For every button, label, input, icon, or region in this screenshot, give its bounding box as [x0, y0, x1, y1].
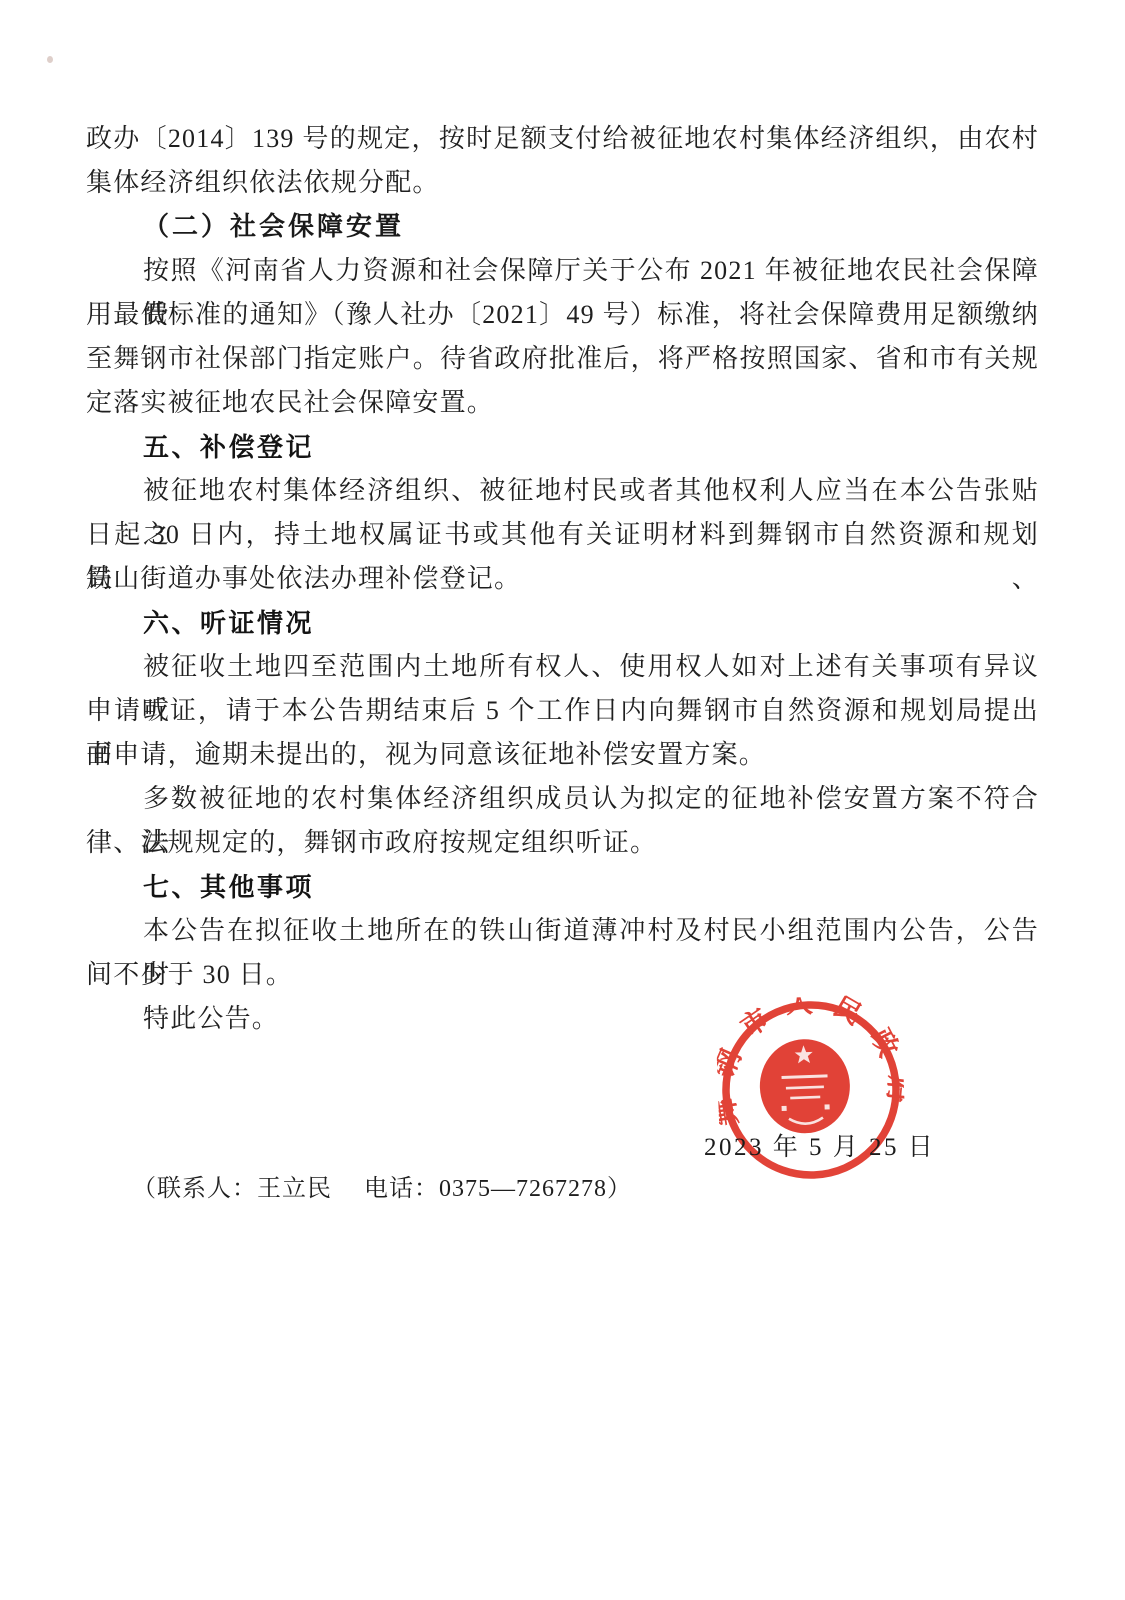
doc-line: 被征地农村集体经济组织、被征地村民或者其他权利人应当在本公告张贴之 — [86, 469, 1039, 513]
doc-line: 按照《河南省人力资源和社会保障厅关于公布 2021 年被征地农民社会保障费 — [86, 249, 1039, 293]
notice-document-page: 政办〔2014〕139 号的规定，按时足额支付给被征地农村集体经济组织，由农村 … — [0, 0, 1125, 1600]
doc-line: 用最低标准的通知》（豫人社办〔2021〕49 号）标准，将社会保障费用足额缴纳 — [86, 293, 1039, 337]
date-stamp: 2023 年 5 月 25 日 — [704, 1127, 935, 1163]
doc-line: 被征收土地四至范围内土地所有权人、使用权人如对上述有关事项有异议或 — [86, 645, 1039, 689]
doc-line: 多数被征地的农村集体经济组织成员认为拟定的征地补偿安置方案不符合法 — [86, 777, 1039, 821]
scan-artifact-dot — [47, 56, 53, 63]
heading-compensation-registration: 五、补偿登记 — [86, 425, 1039, 469]
doc-line: 本公告在拟征收土地所在的铁山街道薄冲村及村民小组范围内公告，公告时 — [86, 909, 1039, 953]
doc-line: 日起 30 日内，持土地权属证书或其他有关证明材料到舞钢市自然资源和规划局、 — [86, 513, 1039, 557]
doc-line: 间不少于 30 日。 — [86, 953, 1039, 997]
contact-info: （联系人：王立民 电话：0375—7267278） — [132, 1168, 632, 1203]
doc-line: 定落实被征地农民社会保障安置。 — [86, 381, 1039, 425]
subheading-social-security: （二）社会保障安置 — [86, 205, 1039, 249]
national-emblem-icon — [758, 1038, 851, 1135]
doc-line: 政办〔2014〕139 号的规定，按时足额支付给被征地农村集体经济组织，由农村 — [86, 117, 1039, 161]
notice-body: 政办〔2014〕139 号的规定，按时足额支付给被征地农村集体经济组织，由农村 … — [86, 117, 1039, 1041]
doc-line: 律、法规规定的，舞钢市政府按规定组织听证。 — [86, 821, 1039, 865]
doc-line: 申请听证，请于本公告期结束后 5 个工作日内向舞钢市自然资源和规划局提出书 — [86, 689, 1039, 733]
doc-line: 至舞钢市社保部门指定账户。待省政府批准后，将严格按照国家、省和市有关规 — [86, 337, 1039, 381]
doc-line: 集体经济组织依法依规分配。 — [86, 161, 1039, 205]
heading-other-matters: 七、其他事项 — [86, 865, 1039, 909]
doc-line: 面申请，逾期未提出的，视为同意该征地补偿安置方案。 — [86, 733, 1039, 777]
heading-hearing-status: 六、听证情况 — [86, 601, 1039, 645]
